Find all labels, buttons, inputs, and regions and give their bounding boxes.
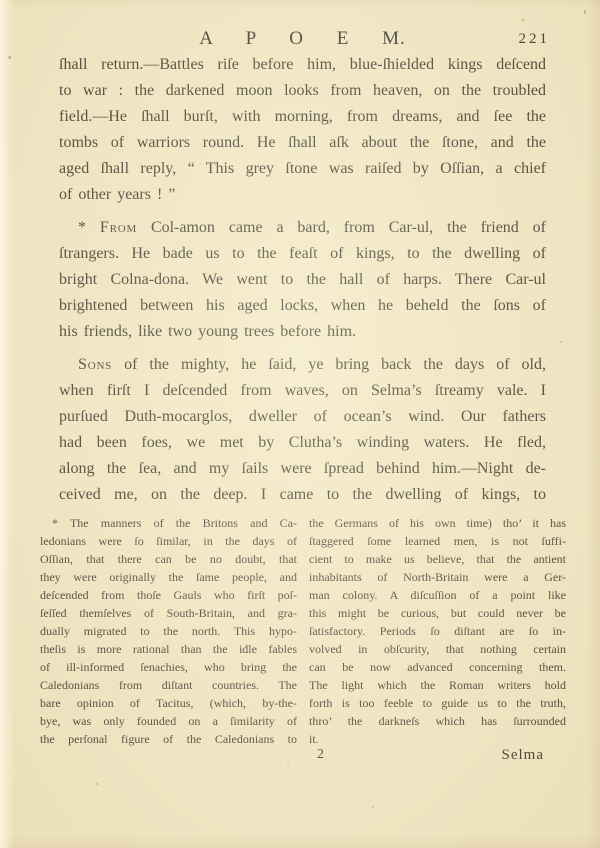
text-line: when firſt I deſcended from waves, on Se… xyxy=(59,378,546,404)
line-text: of the mighty, he ſaid, ye bring back th… xyxy=(112,356,546,373)
text-line: aged ſhall reply, “ This grey ſtone was … xyxy=(59,156,546,182)
text-line: purſued Duth-mocarglos, dweller of ocean… xyxy=(59,404,546,430)
text-line: ſtrangers. He bade us to the feaſt of ki… xyxy=(59,241,546,267)
text-line: tombs of warriors round. He ſhall aſk ab… xyxy=(59,130,546,156)
text-line: of other years ! ” xyxy=(59,182,546,208)
text-line: ſtaggered ſome learned men, is not ſuffi… xyxy=(309,532,566,550)
text-line: they were originally the ſame people, an… xyxy=(40,568,297,586)
paragraph-1: ſhall return.—Battles riſe before him, b… xyxy=(59,52,546,208)
catchword: Selma xyxy=(502,747,545,764)
text-line: it. xyxy=(309,730,566,748)
page-number: 221 xyxy=(519,31,551,48)
footnote-column-right: the Germans of his own time) tho’ it has… xyxy=(309,514,566,748)
line-text: Col-amon came a bard, from Car-ul, the f… xyxy=(137,219,546,236)
text-line: ſeſſed themſelves of South-Britain, and … xyxy=(40,604,297,622)
text-line: bare opinion of Tacitus, (which, by-the- xyxy=(40,694,297,712)
footnote-reference-marker: * xyxy=(78,219,100,236)
text-line: his friends, like two young trees before… xyxy=(59,319,546,345)
paragraph-lines: to war : the darkened moon looks from he… xyxy=(59,78,546,208)
text-line: man colony. A diſcuſſion of a point like xyxy=(309,586,566,604)
text-line: ſatisfactory. Periods ſo diſtant are ſo … xyxy=(309,622,566,640)
lead-word: Sons xyxy=(78,356,112,373)
paragraph-2: * From Col-amon came a bard, from Car-ul… xyxy=(59,215,546,345)
text-line: deſcended from thoſe Gauls who firſt poſ… xyxy=(40,586,297,604)
running-header: A P O E M. 221 xyxy=(59,28,546,54)
text-line: volved in obſcurity, that nothing certai… xyxy=(309,640,566,658)
text-line: Sons of the mighty, he ſaid, ye bring ba… xyxy=(59,352,546,378)
paragraph-lines: ſtrangers. He bade us to the feaſt of ki… xyxy=(59,241,546,345)
text-line: forth is too feeble to guide us to the t… xyxy=(309,694,566,712)
text-line: * The manners of the Britons and Ca- xyxy=(40,514,297,532)
text-line: theſis is more rational than the idle fa… xyxy=(40,640,297,658)
text-line: field.—He ſhall burſt, with morning, fro… xyxy=(59,104,546,130)
text-line: the Germans of his own time) tho’ it has xyxy=(309,514,566,532)
text-line: can be now advanced concerning them. xyxy=(309,658,566,676)
text-line: dually migrated to the north. This hypo- xyxy=(40,622,297,640)
footnote-column-left: * The manners of the Britons and Ca-ledo… xyxy=(40,514,297,748)
text-line: this might be curious, but could never b… xyxy=(309,604,566,622)
text-line: Oſſian, that there can be no doubt, that xyxy=(40,550,297,568)
text-line: brightened between his aged locks, when … xyxy=(59,293,546,319)
text-line: bright Colna-dona. We went to the hall o… xyxy=(59,267,546,293)
text-line: to war : the darkened moon looks from he… xyxy=(59,78,546,104)
text-line: inhabitants of North-Britain were a Ger- xyxy=(309,568,566,586)
footnote: * The manners of the Britons and Ca-ledo… xyxy=(40,514,566,748)
text-line: along the ſea, and my ſails were ſpread … xyxy=(59,456,546,482)
ink-speck xyxy=(287,765,289,767)
text-line: The light which the Roman writers hold xyxy=(309,676,566,694)
ink-speck xyxy=(584,10,586,14)
text-line: had been foes, we met by Clutha’s windin… xyxy=(59,430,546,456)
text-line: ceived me, on the deep. I came to the dw… xyxy=(59,482,546,508)
ink-speck xyxy=(521,18,525,22)
line-text: ſhall return.—Battles riſe before him, b… xyxy=(59,56,546,73)
text-line: ledonians were ſo ſimilar, in the days o… xyxy=(40,532,297,550)
paragraph-3: Sons of the mighty, he ſaid, ye bring ba… xyxy=(59,352,546,508)
ink-speck xyxy=(96,783,98,785)
page-title: A P O E M. xyxy=(59,28,546,50)
text-line: bye, was only founded on a ſimilarity of xyxy=(40,712,297,730)
lead-word: From xyxy=(100,219,137,236)
text-line: cient to make us believe, that the antie… xyxy=(309,550,566,568)
book-page: A P O E M. 221 ſhall return.—Battles riſ… xyxy=(0,0,600,848)
text-line: thro’ the darkneſs which has ſurrounded xyxy=(309,712,566,730)
text-line: ſhall return.—Battles riſe before him, b… xyxy=(59,52,546,78)
ink-speck xyxy=(8,56,11,59)
signature-mark: 2 xyxy=(317,747,324,763)
paragraph-lines: when firſt I deſcended from waves, on Se… xyxy=(59,378,546,508)
text-line: Caledonians from diſtant countries. The xyxy=(40,676,297,694)
text-line: the perſonal figure of the Caledonians t… xyxy=(40,730,297,748)
text-line: of ill-informed ſenachies, who bring the xyxy=(40,658,297,676)
main-text: ſhall return.—Battles riſe before him, b… xyxy=(59,52,546,508)
page-footer: 2 Selma xyxy=(59,747,546,767)
ink-speck xyxy=(372,806,374,808)
ink-speck xyxy=(560,341,562,343)
text-line: * From Col-amon came a bard, from Car-ul… xyxy=(59,215,546,241)
